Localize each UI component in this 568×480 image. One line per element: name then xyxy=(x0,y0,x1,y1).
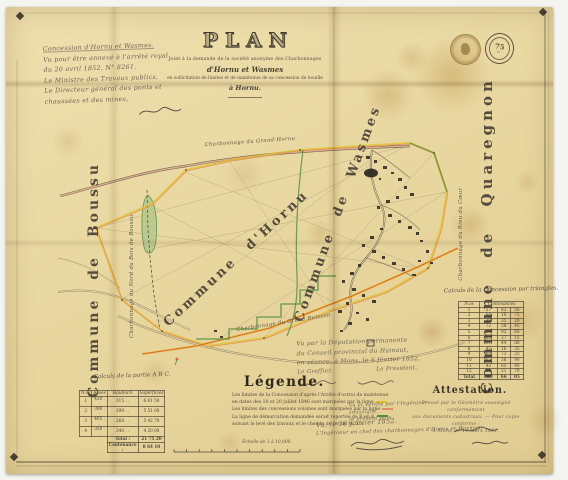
stamp-value: 75 xyxy=(494,42,505,50)
triangle-table-heading: Calculs de la Concession par triangles. xyxy=(438,285,564,294)
president-label: Le Président, xyxy=(376,364,417,375)
title-divider xyxy=(228,97,262,98)
table-row: 3405 . .268 . .5 42 70 xyxy=(80,416,165,426)
scale-label: Échelle de 1 à 10,000. xyxy=(222,440,312,445)
table-row: 1420 . .315 . .6 61 50 xyxy=(80,396,165,406)
table-total-row: Contenance : 8 64 10 xyxy=(80,442,165,452)
annotation-line: Dressé par le Géomètre soussigné conform… xyxy=(402,400,530,414)
seal-crest-icon xyxy=(461,43,470,55)
partie-table: N.os Bases Hauteurs Superficies 1420 . .… xyxy=(79,390,165,453)
legend-heading: Légende. xyxy=(244,374,325,390)
signature-flourish xyxy=(348,435,408,451)
royal-decree-annotation: Concession d'Hornu et Wasmes. Vu pour êt… xyxy=(43,39,204,121)
embossed-seal-stamp xyxy=(450,34,481,65)
legend-line: Les limites de la Concession d'après l'A… xyxy=(232,392,402,399)
ink-stamp: 75 c. xyxy=(483,31,516,66)
attestation-heading: Attestation. xyxy=(428,385,512,397)
signature-flourish xyxy=(355,375,395,388)
table-row: 2380 . .290 . .5 51 00 xyxy=(80,406,165,416)
commune-label-hornu: Commune d'Hornu xyxy=(161,203,296,330)
signature-flourish xyxy=(470,438,510,448)
feature-label-grand-hornu: Charbonnage du Grand-Hornu xyxy=(190,135,310,149)
feature-label-grand-buisson: Charbonnage du Grand Buisson xyxy=(236,313,328,333)
signature-flourish xyxy=(137,103,183,119)
feature-label-rieu-du-coeur: Charbonnage du Rieu du Cœur xyxy=(458,183,464,285)
stamp-unit: c. xyxy=(497,50,501,54)
triangle-table: N.os Contenances 15782502641075349352047… xyxy=(458,301,524,380)
signature-flourish xyxy=(452,424,500,436)
table-total-row: Total 668 66 05 xyxy=(459,374,524,380)
feature-label-nord-bois-boussu: Charbonnage du Nord du Bois de Boussu xyxy=(129,242,135,338)
scanned-map-sheet: PLAN Joint à la demande de la société an… xyxy=(0,0,568,480)
table-row: 4350 . .240 . .4 20 00 xyxy=(80,427,165,437)
scale-bar xyxy=(172,447,302,455)
commune-label-boussu: Commune de Boussu xyxy=(86,202,102,398)
